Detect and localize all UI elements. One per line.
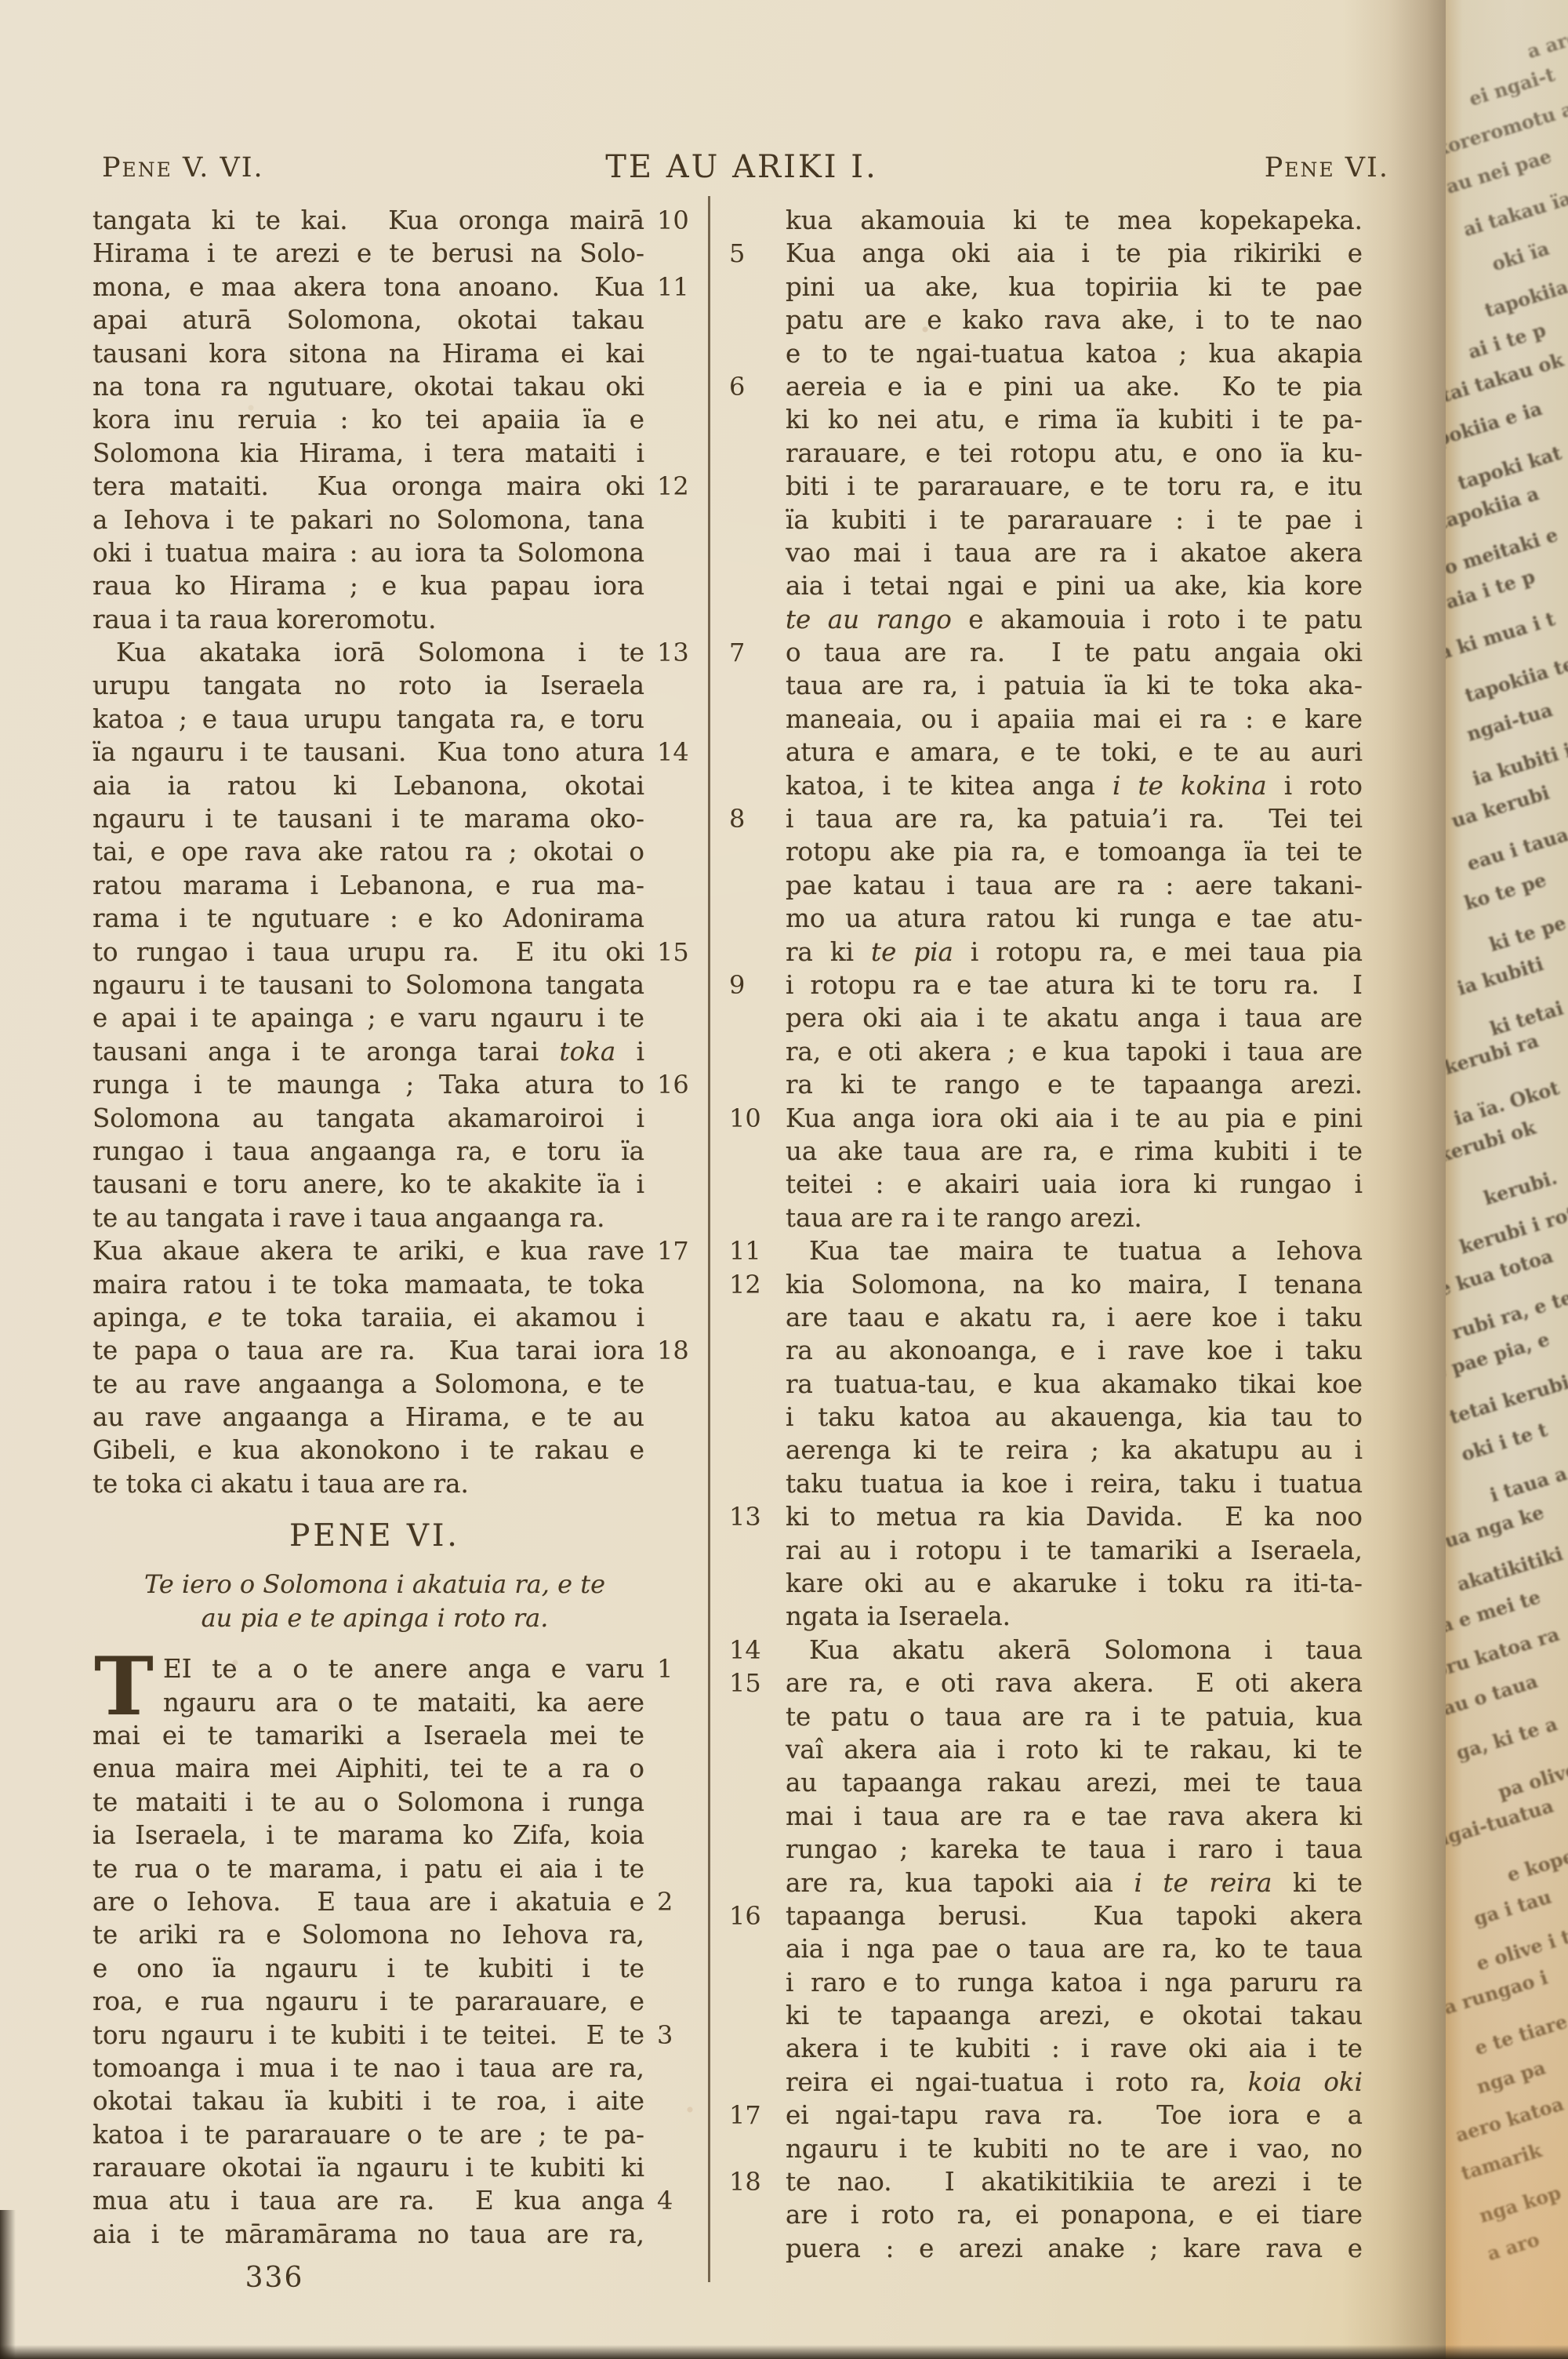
text-line: aia i nga pae o taua are ra, ko te taua (726, 1932, 1363, 1965)
verse-number (726, 2198, 786, 2231)
verse-text: biti i te pararauare, e te toru ra, e it… (786, 470, 1363, 503)
verse-text: Solomona au tangata akamaroiroi i (93, 1102, 644, 1135)
verse-number: 7 (726, 636, 786, 669)
verse-number (644, 503, 698, 536)
text-line: raua i ta raua koreromotu. (93, 603, 698, 636)
edge-text-fragment: eau i taua (1465, 823, 1568, 875)
edge-text-fragment: toru katoa ra (1446, 1623, 1562, 1685)
text-line: atura e amara, e te toki, e te au auri (726, 736, 1363, 769)
left-text-column: tangata ki te kai. Kua oronga mairā10Hir… (93, 204, 698, 2251)
text-line: aia i te māramārama no taua are ra, (93, 2218, 698, 2251)
text-line: 12kia Solomona, na ko maira, I tenana (726, 1268, 1363, 1301)
text-line: ngauru i te tausani i te marama oko- (93, 802, 698, 835)
verse-text: e ono ïa ngauru i te kubiti i te (93, 1952, 644, 1985)
text-line: katoa i te pararauare o te are ; te pa- (93, 2118, 698, 2151)
verse-text: rungao ; kareka te taua i raro i taua (786, 1833, 1363, 1866)
text-line: oki i tuatua maira : au iora ta Solomona (93, 536, 698, 569)
edge-text-fragment: apokiia e ia (1446, 397, 1544, 454)
text-line: vaî akera aia i roto ki te rakau, ki te (726, 1733, 1363, 1766)
verse-text: apinga, e te toka taraiia, ei akamou i (93, 1301, 644, 1334)
edge-text-fragment: tapokiia (1482, 275, 1568, 322)
text-line: biti i te pararauare, e te toru ra, e it… (726, 470, 1363, 503)
verse-number (726, 1800, 786, 1833)
verse-number (726, 1334, 786, 1367)
text-line: ratou marama i Lebanona, e rua ma- (93, 869, 698, 902)
text-line: akera i te kubiti : i rave oki aia i te (726, 2032, 1363, 2065)
edge-text-fragment: ga i tau (1471, 1885, 1554, 1931)
text-line: rungao i taua angaanga ra, e toru ïa (93, 1135, 698, 1168)
verse-number: 15 (644, 936, 698, 969)
verse-text: tomoanga i mua i te nao i taua are ra, (93, 2052, 644, 2085)
verse-text: pera oki aia i te akatu anga i taua are (786, 1001, 1363, 1034)
verse-text: Kua anga iora oki aia i te au pia e pini (786, 1102, 1363, 1135)
edge-text-fragment: kerubi. (1481, 1166, 1560, 1210)
verse-number (644, 1686, 698, 1719)
text-line: ra au akonoanga, e i rave koe i taku (726, 1334, 1363, 1367)
verse-text: ra tuatua-tau, e kua akamako tikai koe (786, 1368, 1363, 1401)
text-line: ra ki te pia i rotopu ra, e mei taua pia (726, 936, 1363, 969)
verse-text: ra ki te rango e te tapaanga arezi. (786, 1068, 1363, 1101)
text-line: ngata ia Iseraela. (726, 1600, 1363, 1633)
text-line: ïa kubiti i te pararauare : i te pae i (726, 503, 1363, 536)
edge-text-fragment: ko te pe (1461, 868, 1549, 914)
right-text-column: kua akamouia ki te mea kopekapeka.5Kua a… (726, 204, 1363, 2265)
verse-text: ki to metua ra kia Davida. E ka noo (786, 1500, 1363, 1533)
running-header-right: Pene VI. (1265, 152, 1389, 184)
verse-number (644, 1368, 698, 1401)
verse-number: 13 (726, 1500, 786, 1533)
verse-text: vaî akera aia i roto ki te rakau, ki te (786, 1733, 1363, 1766)
verse-number (644, 802, 698, 835)
edge-text-fragment: ei ngai-t (1467, 63, 1558, 111)
verse-number: 17 (644, 1234, 698, 1267)
edge-text-fragment: rubi ra, e te (1449, 1285, 1568, 1343)
verse-text: mua atu i taua are ra. E kua anga (93, 2184, 644, 2217)
text-line: 10Kua anga iora oki aia i te au pia e pi… (726, 1102, 1363, 1135)
verse-text: ei ngai-tapu rava ra. Toe iora e a (786, 2099, 1363, 2132)
verse-text: kua akamouia ki te mea kopekapeka. (786, 204, 1363, 237)
text-line: aia i tetai ngai e pini ua ake, kia kore (726, 569, 1363, 602)
verse-number (726, 2232, 786, 2265)
text-line: are o Iehova. E taua are i akatuia e2 (93, 1885, 698, 1918)
verse-text: vao mai i taua are ra i akatoe akera (786, 536, 1363, 569)
verse-text: Kua akaue akera te ariki, e kua rave (93, 1234, 644, 1267)
verse-text: pae katau i taua are ra : aere takani- (786, 869, 1363, 902)
text-line: TEI te a o te anere anga e varu1 (93, 1652, 698, 1685)
text-line: tera mataiti. Kua oronga maira oki12 (93, 470, 698, 503)
verse-number (726, 1866, 786, 1899)
verse-number (644, 1819, 698, 1852)
verse-text: mo ua atura ratou ki runga e tae atu- (786, 902, 1363, 935)
text-line: tausani kora sitona na Hirama ei kai (93, 337, 698, 370)
verse-number (644, 1852, 698, 1885)
text-line: ia Iseraela, i te marama ko Zifa, koia (93, 1819, 698, 1852)
verse-number (726, 569, 786, 602)
text-line: rungao ; kareka te taua i raro i taua (726, 1833, 1363, 1866)
verse-text: rungao i taua angaanga ra, e toru ïa (93, 1135, 644, 1168)
verse-text: e to te ngai-tuatua katoa ; kua akapia (786, 337, 1363, 370)
verse-text: tera mataiti. Kua oronga maira oki (93, 470, 644, 503)
edge-text-fragment: kerubi i rot (1457, 1201, 1568, 1259)
verse-number (726, 869, 786, 902)
verse-number: 4 (644, 2184, 698, 2217)
verse-number (644, 1952, 698, 1985)
text-line: are ra, kua tapoki aia i te reira ki te (726, 1866, 1363, 1899)
verse-text: a Iehova i te pakari no Solomona, tana (93, 503, 644, 536)
page-number: 336 (141, 2262, 408, 2294)
text-line: ki te tapaanga arezi, e okotai takau (726, 1999, 1363, 2032)
text-line: mona, e maa akera tona anoano. Kua11 (93, 271, 698, 304)
text-line: tausani anga i te aronga tarai toka i (93, 1035, 698, 1068)
verse-text: ngauru i te tausani to Solomona tangata (93, 969, 644, 1001)
text-line: rotopu ake pia ra, e tomoanga ïa tei te (726, 835, 1363, 868)
text-line: i taku katoa au akauenga, kia tau to (726, 1401, 1363, 1434)
verse-number (644, 2151, 698, 2184)
text-line: ki ko nei atu, e rima ïa kubiti i te pa- (726, 403, 1363, 436)
text-line: runga i te maunga ; Taka atura to16 (93, 1068, 698, 1101)
verse-number (644, 1168, 698, 1201)
verse-text: rama i te ngutuare : e ko Adonirama (93, 902, 644, 935)
verse-number (644, 569, 698, 602)
verse-number: 17 (726, 2099, 786, 2132)
verse-text: ia Iseraela, i te marama ko Zifa, koia (93, 1819, 644, 1852)
verse-text: aereia e ia e pini ua ake. Ko te pia (786, 370, 1363, 403)
verse-text: kora inu reruia : ko tei apaiia ïa e (93, 403, 644, 436)
verse-number (726, 603, 786, 636)
verse-text: katoa ; e taua urupu tangata ra, e toru (93, 703, 644, 736)
edge-text-fragment: akatikitiki (1454, 1542, 1566, 1596)
verse-number (726, 2032, 786, 2065)
verse-text: teitei : e akairi uaia iora ki rungao i (786, 1168, 1363, 1201)
verse-text: are o Iehova. E taua are i akatuia e (93, 1885, 644, 1918)
verse-text: ïa ngauru i te tausani. Kua tono atura (93, 736, 644, 769)
verse-number (726, 769, 786, 802)
verse-number: 18 (644, 1334, 698, 1367)
text-line: taua are ra i te rango arezi. (726, 1201, 1363, 1234)
verse-number: 12 (644, 470, 698, 503)
verse-text: raua i ta raua koreromotu. (93, 603, 644, 636)
verse-number (644, 237, 698, 270)
text-line: 17ei ngai-tapu rava ra. Toe iora e a (726, 2099, 1363, 2132)
verse-text: katoa, i te kitea anga i te kokina i rot… (786, 769, 1363, 802)
verse-number (726, 1833, 786, 1866)
verse-text: i rotopu ra e tae atura ki te toru ra. I (786, 969, 1363, 1001)
text-line: 13ki to metua ra kia Davida. E ka noo (726, 1500, 1363, 1533)
verse-text: aia i tetai ngai e pini ua ake, kia kore (786, 569, 1363, 602)
verse-number (644, 2118, 698, 2151)
verse-text: rarauare, e tei rotopu atu, e ono ïa ku- (786, 437, 1363, 470)
verse-number (726, 503, 786, 536)
verse-number (644, 969, 698, 1001)
text-line: are i roto ra, ei ponapona, e ei tiare (726, 2198, 1363, 2231)
verse-number: 10 (644, 204, 698, 237)
verse-number (644, 703, 698, 736)
text-line: te patu o taua are ra i te patuia, kua (726, 1700, 1363, 1733)
text-line: rarauare okotai ïa ngauru i te kubiti ki (93, 2151, 698, 2184)
edge-text-fragment: ngai-tua (1464, 698, 1555, 746)
verse-text: ngata ia Iseraela. (786, 1600, 1363, 1633)
verse-text: te nao. I akatikitikiia te arezi i te (786, 2165, 1363, 2198)
running-header-left: Pene V. VI. (102, 152, 264, 184)
text-line: are taau e akatu ra, i aere koe i taku (726, 1301, 1363, 1334)
verse-text: oki i tuatua maira : au iora ta Solomona (93, 536, 644, 569)
text-line: 5Kua anga oki aia i te pia rikiriki e (726, 237, 1363, 270)
verse-text: ratou marama i Lebanona, e rua ma- (93, 869, 644, 902)
verse-text: taku tuatua ia koe i reira, taku i tuatu… (786, 1467, 1363, 1500)
text-line: aerenga ki te reira ; ka akatupu au i (726, 1434, 1363, 1467)
text-line: Kua akataka iorā Solomona i te13 (93, 636, 698, 669)
verse-number (726, 304, 786, 336)
verse-text: i taku katoa au akauenga, kia tau to (786, 1401, 1363, 1434)
verse-text: taua are ra, i patuia ïa ki te toka aka- (786, 669, 1363, 702)
running-header: Pene V. VI. TE AU ARIKI I. Pene VI. (93, 140, 1391, 184)
text-line: taua are ra, i patuia ïa ki te toka aka- (726, 669, 1363, 702)
verse-number (726, 1700, 786, 1733)
verse-text: akera i te kubiti : i rave oki aia i te (786, 2032, 1363, 2065)
text-line: raua ko Hirama ; e kua papau iora (93, 569, 698, 602)
verse-text: tausani e toru anere, ko te akakite ïa i (93, 1168, 644, 1201)
verse-text: ki ko nei atu, e rima ïa kubiti i te pa- (786, 403, 1363, 436)
edge-text-fragment: e olive i t (1473, 1925, 1568, 1976)
edge-text-fragment: ia ïa. Okot (1451, 1076, 1562, 1129)
text-line: 16tapaanga berusi. Kua tapoki akera (726, 1899, 1363, 1932)
verse-text: te papa o taua are ra. Kua tarai iora (93, 1334, 644, 1367)
edge-text-fragment: oki i te t (1458, 1418, 1550, 1466)
verse-number: 3 (644, 2019, 698, 2052)
verse-number (644, 902, 698, 935)
verse-number (726, 736, 786, 769)
verse-text: tai, e ope rava ake ratou ra ; okotai o (93, 835, 644, 868)
text-line: rai au i rotopu i te tamariki a Iseraela… (726, 1534, 1363, 1567)
verse-text: na tona ra ngutuare, okotai takau oki (93, 370, 644, 403)
text-line: kare oki au e akaruke i toku ra iti-ta- (726, 1567, 1363, 1600)
verse-number (726, 835, 786, 868)
verse-number (726, 1401, 786, 1434)
text-line: i raro e to runga katoa i nga paruru ra (726, 1966, 1363, 1999)
text-line: tomoanga i mua i te nao i taua are ra, (93, 2052, 698, 2085)
text-line: to rungao i taua urupu ra. E itu oki15 (93, 936, 698, 969)
verse-number (644, 869, 698, 902)
text-line: 18te nao. I akatikitikiia te arezi i te (726, 2165, 1363, 2198)
verse-number (644, 1001, 698, 1034)
verse-text: are ra, e oti rava akera. E oti akera (786, 1667, 1363, 1699)
verse-text: toru ngauru i te kubiti i te teitei. E t… (93, 2019, 644, 2052)
text-line: vao mai i taua are ra i akatoe akera (726, 536, 1363, 569)
verse-text: ra ki te pia i rotopu ra, e mei taua pia (786, 936, 1363, 969)
text-line: te au rango e akamouia i roto i te patu (726, 603, 1363, 636)
verse-text: mona, e maa akera tona anoano. Kua (93, 271, 644, 304)
verse-number: 8 (726, 802, 786, 835)
edge-text-fragment: e te tiare (1472, 2010, 1568, 2059)
edge-text-fragment: i taua a (1487, 1462, 1568, 1507)
verse-number (644, 1467, 698, 1500)
verse-text: kare oki au e akaruke i toku ra iti-ta- (786, 1567, 1363, 1600)
verse-number (726, 1600, 786, 1633)
verse-text: reira ei ngai-tuatua i roto ra, koia oki (786, 2066, 1363, 2099)
verse-number (726, 1368, 786, 1401)
verse-number (726, 703, 786, 736)
text-line: apinga, e te toka taraiia, ei akamou i (93, 1301, 698, 1334)
verse-text: te mataiti i te au o Solomona i runga (93, 1786, 644, 1819)
running-header-title: TE AU ARIKI I. (605, 149, 878, 185)
verse-text: tausani kora sitona na Hirama ei kai (93, 337, 644, 370)
verse-number (726, 2066, 786, 2099)
verse-text: atura e amara, e te toki, e te au auri (786, 736, 1363, 769)
text-line: aia ia ratou ki Lebanona, okotai (93, 769, 698, 802)
verse-number: 11 (726, 1234, 786, 1267)
verse-text: are ra, kua tapoki aia i te reira ki te (786, 1866, 1363, 1899)
verse-number (644, 603, 698, 636)
verse-text: aia i te māramārama no taua are ra, (93, 2218, 644, 2251)
verse-text: e apai i te apainga ; e varu ngauru i te (93, 1001, 644, 1034)
text-line: toru ngauru i te kubiti i te teitei. E t… (93, 2019, 698, 2052)
verse-number (644, 1752, 698, 1785)
text-line: te au tangata i rave i taua angaanga ra. (93, 1201, 698, 1234)
verse-number (726, 470, 786, 503)
verse-text: ua ake taua are ra, e rima kubiti i te (786, 1135, 1363, 1168)
edge-text-fragment: tau o taua (1446, 1670, 1540, 1723)
text-line: te au rave angaanga a Solomona, e te (93, 1368, 698, 1401)
text-line: Kua akaue akera te ariki, e kua rave17 (93, 1234, 698, 1267)
verse-text: rarauare okotai ïa ngauru i te kubiti ki (93, 2151, 644, 2184)
text-line: Gibeli, e kua akonokono i te rakau e (93, 1434, 698, 1467)
verse-number (726, 1932, 786, 1965)
verse-text: ra au akonoanga, e i rave koe i taku (786, 1334, 1363, 1367)
edge-text-fragment: ki te pe (1486, 911, 1568, 956)
verse-text: okotai takau ïa kubiti i te roa, i aite (93, 2085, 644, 2117)
text-line: apai aturā Solomona, okotai takau (93, 304, 698, 336)
verse-text: Kua anga oki aia i te pia rikiriki e (786, 237, 1363, 270)
text-line: pera oki aia i te akatu anga i taua are (726, 1001, 1363, 1034)
text-line: ngauru i te kubiti no te are i vao, no (726, 2132, 1363, 2165)
text-line: 15are ra, e oti rava akera. E oti akera (726, 1667, 1363, 1699)
text-line: katoa, i te kitea anga i te kokina i rot… (726, 769, 1363, 802)
text-line: Solomona au tangata akamaroiroi i (93, 1102, 698, 1135)
verse-text: mai ei te tamariki a Iseraela mei te (93, 1719, 644, 1752)
verse-text: ra, e oti akera ; e kua tapoki i taua ar… (786, 1035, 1363, 1068)
edge-text-fragment: ai takau ïa (1461, 187, 1568, 241)
verse-number (726, 1966, 786, 1999)
verse-number (726, 1733, 786, 1766)
text-line: tai, e ope rava ake ratou ra ; okotai o (93, 835, 698, 868)
verse-text: aia i nga pae o taua are ra, ko te taua (786, 1932, 1363, 1965)
text-line: roa, e rua ngauru i te pararauare, e (93, 1985, 698, 2018)
text-line: 11Kua tae maira te tuatua a Iehova (726, 1234, 1363, 1267)
verse-number (644, 1301, 698, 1334)
verse-text: rotopu ake pia ra, e tomoanga ïa tei te (786, 835, 1363, 868)
edge-text-fragment: tapokiia te (1462, 652, 1568, 707)
verse-number (644, 2052, 698, 2085)
verse-number (726, 1567, 786, 1600)
text-line: au tapaanga rakau arezi, mei te taua (726, 1766, 1363, 1799)
text-line: katoa ; e taua urupu tangata ra, e toru (93, 703, 698, 736)
verse-number (726, 337, 786, 370)
text-line: te rua o te marama, i patu ei aia i te (93, 1852, 698, 1885)
text-line: 7o taua are ra. I te patu angaia oki (726, 636, 1363, 669)
verse-text: te ariki ra e Solomona no Iehova ra, (93, 1918, 644, 1951)
verse-number: 5 (726, 237, 786, 270)
verse-text: kia Solomona, na ko maira, I tenana (786, 1268, 1363, 1301)
verse-text: Kua tae maira te tuatua a Iehova (786, 1234, 1363, 1267)
text-line: te papa o taua are ra. Kua tarai iora18 (93, 1334, 698, 1367)
verse-number (644, 536, 698, 569)
verse-number (644, 437, 698, 470)
verse-number (644, 2085, 698, 2117)
text-line: patu are e kako rava ake, i to te nao (726, 304, 1363, 336)
chapter-summary-line: au pia e te apinga i roto ra. (93, 1601, 657, 1635)
verse-number (726, 1201, 786, 1234)
next-page-edge: a areei ngai-tkoreromotu aau nei paeai t… (1446, 0, 1568, 2359)
text-line: 14Kua akatu akerā Solomona i taua (726, 1634, 1363, 1667)
verse-text: are i roto ra, ei ponapona, e ei tiare (786, 2198, 1363, 2231)
text-line: urupu tangata no roto ia Iseraela (93, 669, 698, 702)
column-divider (708, 196, 710, 2282)
verse-text: apai aturā Solomona, okotai takau (93, 304, 644, 336)
verse-number (726, 204, 786, 237)
verse-number (726, 902, 786, 935)
chapter-title: PENE VI. (93, 1516, 657, 1557)
text-line: te mataiti i te au o Solomona i runga (93, 1786, 698, 1819)
verse-text: o taua are ra. I te patu angaia oki (786, 636, 1363, 669)
text-line: maira ratou i te toka mamaata, te toka (93, 1268, 698, 1301)
verse-number (644, 1268, 698, 1301)
text-line: pini ua ake, kua topiriia ki te pae (726, 271, 1363, 304)
edge-text-fragment: ga, ki te a (1453, 1712, 1559, 1765)
verse-number: 6 (726, 370, 786, 403)
verse-text: pini ua ake, kua topiriia ki te pae (786, 271, 1363, 304)
verse-number (726, 1068, 786, 1101)
verse-text: tapaanga berusi. Kua tapoki akera (786, 1899, 1363, 1932)
edge-text-fragment: e kope (1504, 1845, 1568, 1887)
verse-number (726, 2132, 786, 2165)
text-line: 6aereia e ia e pini ua ake. Ko te pia (726, 370, 1363, 403)
verse-text: roa, e rua ngauru i te pararauare, e (93, 1985, 644, 2018)
verse-text: i raro e to runga katoa i nga paruru ra (786, 1966, 1363, 1999)
verse-number (644, 370, 698, 403)
verse-number (644, 1135, 698, 1168)
book-page-scan: Pene V. VI. TE AU ARIKI I. Pene VI. tang… (0, 0, 1568, 2359)
text-line: 8i taua are ra, ka patuia’i ra. Tei tei (726, 802, 1363, 835)
verse-number: 1 (644, 1652, 698, 1685)
text-line: maneaia, ou i apaiia mai ei ra : e kare (726, 703, 1363, 736)
edge-text-fragment: tetai kerubi (1446, 1370, 1568, 1428)
verse-number (644, 769, 698, 802)
verse-text: are taau e akatu ra, i aere koe i taku (786, 1301, 1363, 1334)
edge-text-fragment: tapoki kat (1455, 442, 1564, 495)
verse-text: au tapaanga rakau arezi, mei te taua (786, 1766, 1363, 1799)
text-line: teitei : e akairi uaia iora ki rungao i (726, 1168, 1363, 1201)
edge-text-fragment: a are (1524, 26, 1568, 63)
verse-number (644, 337, 698, 370)
verse-text: ïa kubiti i te pararauare : i te pae i (786, 503, 1363, 536)
edge-text-fragment: va ki mua i t (1446, 607, 1558, 667)
text-line: rama i te ngutuare : e ko Adonirama (93, 902, 698, 935)
verse-text: te toka ci akatu i taua are ra. (93, 1467, 644, 1500)
verse-number: 9 (726, 969, 786, 1001)
edge-text-fragment: nga kop (1477, 2181, 1564, 2227)
verse-number: 14 (644, 736, 698, 769)
text-line: tangata ki te kai. Kua oronga mairā10 (93, 204, 698, 237)
text-line: Solomona kia Hirama, i tera mataiti i (93, 437, 698, 470)
verse-text: Kua akataka iorā Solomona i te (93, 636, 644, 669)
verse-text: te patu o taua are ra i te patuia, kua (786, 1700, 1363, 1733)
verse-number: 2 (644, 1885, 698, 1918)
verse-number (726, 1168, 786, 1201)
verse-number: 16 (726, 1899, 786, 1932)
text-line: e to te ngai-tuatua katoa ; kua akapia (726, 337, 1363, 370)
verse-number: 10 (726, 1102, 786, 1135)
text-line: ra, e oti akera ; e kua tapoki i taua ar… (726, 1035, 1363, 1068)
